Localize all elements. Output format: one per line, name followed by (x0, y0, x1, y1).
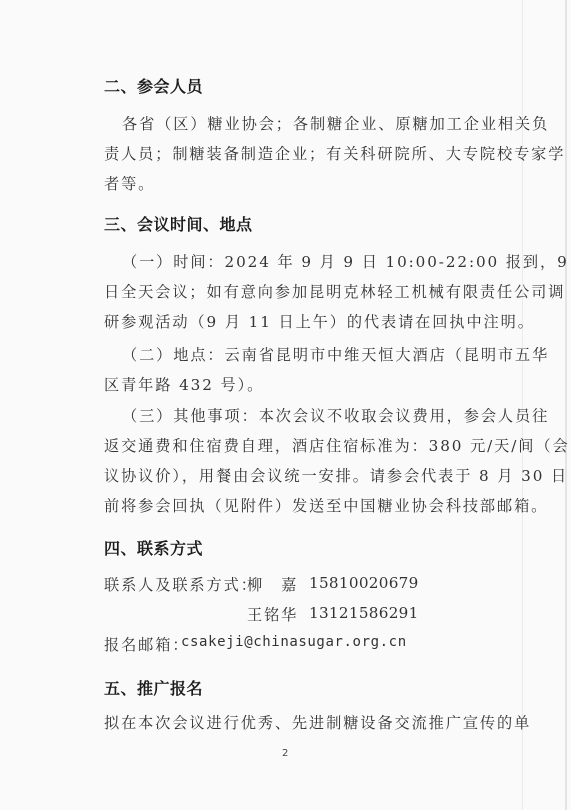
paragraph-line: 前将参会回执（见附件）发送至中国糖业协会科技部邮箱。 (104, 495, 548, 516)
paragraph-line: （一）时间：2024 年 9 月 9 日 10:00-22:00 报到，9 月 … (122, 251, 571, 272)
registration-email-link[interactable]: csakeji@chinasugar.org.cn (181, 634, 407, 650)
contact-phone: 15810020679 (309, 574, 419, 592)
paragraph-line: （二）地点：云南省昆明市中维天恒大酒店（昆明市五华 (122, 344, 549, 365)
contact-name: 王铭华 (247, 604, 298, 625)
section-heading-attendees: 二、参会人员 (104, 74, 203, 97)
paragraph-line: 研参观活动（9 月 11 日上午）的代表请在回执中注明。 (104, 311, 535, 332)
paragraph-line: 责人员；制糖装备制造企业；有关科研院所、大专院校专家学 (104, 143, 565, 164)
paragraph-line: 者等。 (104, 173, 155, 194)
paragraph-line: 日全天会议；如有意向参加昆明克林轻工机械有限责任公司调 (104, 281, 565, 302)
paragraph-line: 拟在本次会议进行优秀、先进制糖设备交流推广宣传的单 (104, 712, 531, 733)
page-number: 2 (282, 748, 288, 759)
paragraph-line: 区青年路 432 号）。 (104, 374, 264, 395)
email-label: 报名邮箱： (104, 634, 189, 655)
paragraph-line: 各省（区）糖业协会；各制糖企业、原糖加工企业相关负 (122, 113, 549, 134)
contact-phone: 13121586291 (309, 604, 419, 622)
section-heading-time-place: 三、会议时间、地点 (104, 212, 253, 235)
section-heading-promotion: 五、推广报名 (104, 676, 203, 699)
document-page: 二、参会人员 各省（区）糖业协会；各制糖企业、原糖加工企业相关负 责人员；制糖装… (0, 0, 571, 810)
paragraph-line: （三）其他事项：本次会议不收取会议费用，参会人员往 (122, 405, 549, 426)
contact-name: 柳 嘉 (247, 574, 298, 595)
scan-edge-line (565, 0, 567, 810)
section-heading-contact: 四、联系方式 (104, 536, 203, 559)
paragraph-line: 议协议价），用餐由会议统一安排。请参会代表于 8 月 30 日 (104, 465, 568, 486)
paragraph-line: 返交通费和住宿费自理，酒店住宿标准为：380 元/天/间（会 (104, 435, 570, 456)
contact-label: 联系人及联系方式： (104, 574, 258, 595)
